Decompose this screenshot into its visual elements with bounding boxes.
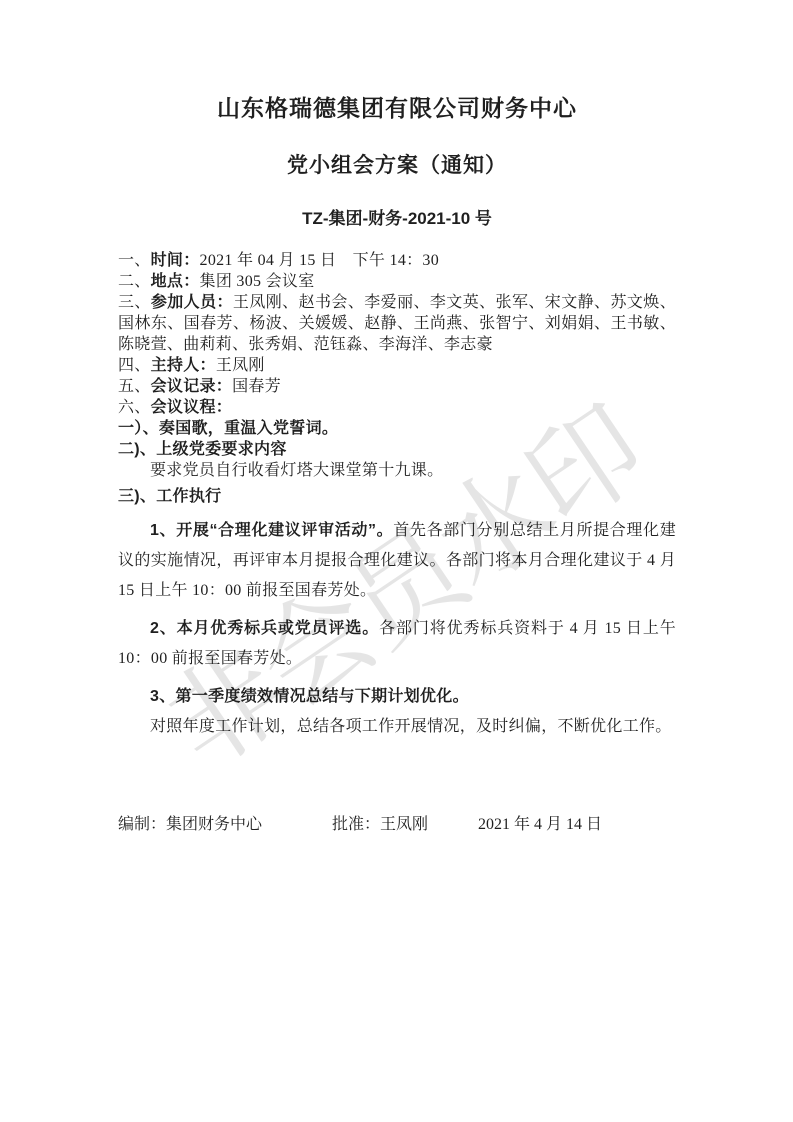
document-page: 山东格瑞德集团有限公司财务中心 党小组会方案（通知） TZ-集团-财务-2021… xyxy=(0,0,793,1122)
meta-label: 时间： xyxy=(151,252,200,269)
meta-value: 2021 年 04 月 15 日 下午 14：30 xyxy=(200,252,440,269)
meta-prefix: 四、 xyxy=(118,357,151,374)
work-item-3-body-text: 对照年度工作计划，总结各项工作开展情况，及时纠偏，不断优化工作。 xyxy=(150,718,672,735)
document-title: 山东格瑞德集团有限公司财务中心 xyxy=(118,90,676,123)
meta-label: 参加人员： xyxy=(151,294,233,311)
meta-item-agenda: 六、会议议程： xyxy=(118,397,676,418)
meta-value: 集团 305 会议室 xyxy=(200,273,315,290)
work-item-1: 1、开展“合理化建议评审活动”。首先各部门分别总结上月所提合理化建议的实施情况，… xyxy=(118,516,676,606)
meta-item-host: 四、主持人：王凤刚 xyxy=(118,355,676,376)
agenda-item-3-heading: 三)、工作执行 xyxy=(118,486,676,507)
agenda-section: 一）、奏国歌，重温入党誓词。 二)、上级党委要求内容 要求党员自行收看灯塔大课堂… xyxy=(118,418,676,507)
work-execution-section: 1、开展“合理化建议评审活动”。首先各部门分别总结上月所提合理化建议的实施情况，… xyxy=(118,516,676,742)
footer-prepared-by: 编制：集团财务中心 xyxy=(118,816,262,833)
agenda-item-2-body: 要求党员自行收看灯塔大课堂第十九课。 xyxy=(118,460,676,481)
document-footer: 编制：集团财务中心批准：王凤刚2021 年 4 月 14 日 xyxy=(118,750,676,836)
meta-prefix: 五、 xyxy=(118,378,151,395)
work-item-3-heading: 3、第一季度绩效情况总结与下期计划优化。 xyxy=(118,682,676,712)
meta-label: 会议记录： xyxy=(151,378,233,395)
agenda-item-1: 一）、奏国歌，重温入党誓词。 xyxy=(118,418,676,439)
meta-item-time: 一、时间：2021 年 04 月 15 日 下午 14：30 xyxy=(118,250,676,271)
meta-label: 主持人： xyxy=(151,357,216,374)
footer-approved-by: 批准：王凤刚 xyxy=(332,816,428,833)
work-item-1-lead: 1、开展“合理化建议评审活动”。 xyxy=(150,522,393,539)
meta-prefix: 一、 xyxy=(118,252,151,269)
footer-date: 2021 年 4 月 14 日 xyxy=(478,816,602,833)
meta-prefix: 二、 xyxy=(118,273,151,290)
meeting-meta-list: 一、时间：2021 年 04 月 15 日 下午 14：30 二、地点：集团 3… xyxy=(118,250,676,418)
agenda-item-2-heading: 二)、上级党委要求内容 xyxy=(118,439,676,460)
meta-item-place: 二、地点：集团 305 会议室 xyxy=(118,271,676,292)
document-number: TZ-集团-财务-2021-10 号 xyxy=(118,204,676,229)
meta-value: 王凤刚 xyxy=(216,357,265,374)
work-item-2: 2、本月优秀标兵或党员评选。各部门将优秀标兵资料于 4 月 15 日上午 10：… xyxy=(118,614,676,674)
meta-prefix: 六、 xyxy=(118,399,151,416)
meta-label: 会议议程： xyxy=(151,399,233,416)
meta-value: 国春芳 xyxy=(232,378,281,395)
work-item-3-lead: 3、第一季度绩效情况总结与下期计划优化。 xyxy=(150,688,469,705)
meta-prefix: 三、 xyxy=(118,294,151,311)
work-item-3-body: 对照年度工作计划，总结各项工作开展情况，及时纠偏，不断优化工作。 xyxy=(118,712,676,742)
document-subtitle: 党小组会方案（通知） xyxy=(118,149,676,179)
work-item-2-lead: 2、本月优秀标兵或党员评选。 xyxy=(150,620,379,637)
meta-item-participants: 三、参加人员：王凤刚、赵书会、李爱丽、李文英、张军、宋文静、苏文焕、国林东、国春… xyxy=(118,292,676,355)
meta-item-recorder: 五、会议记录：国春芳 xyxy=(118,376,676,397)
meta-label: 地点： xyxy=(151,273,200,290)
